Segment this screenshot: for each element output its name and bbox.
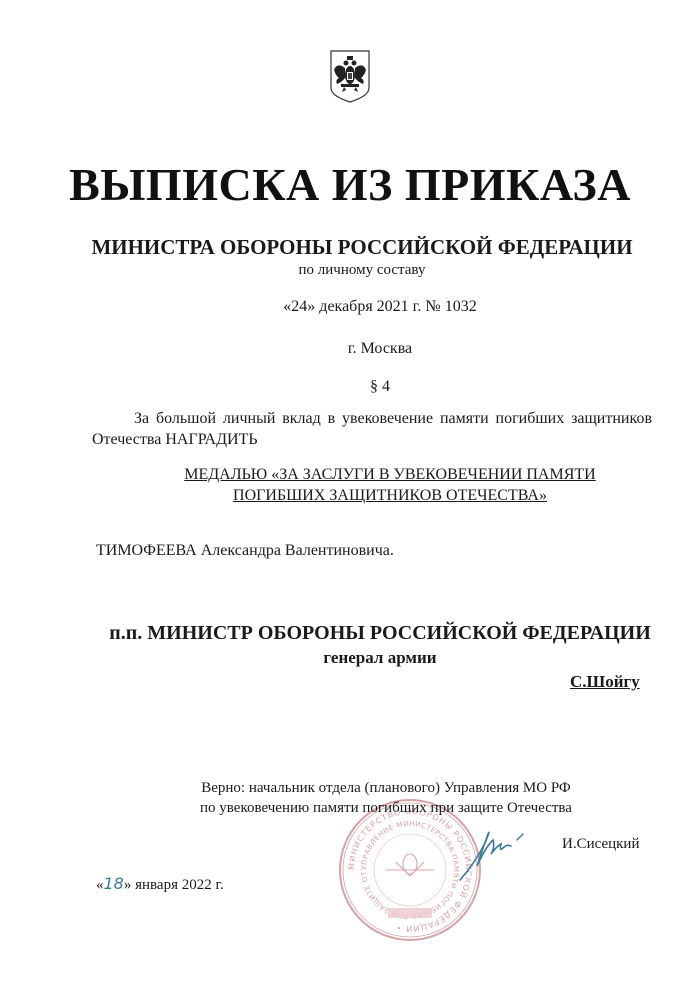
issue-date-prefix: « — [96, 877, 104, 893]
verified-by-block: Верно: начальник отдела (планового) Упра… — [36, 778, 700, 818]
coat-of-arms-icon — [327, 48, 373, 104]
ministry-heading: МИНИСТРА ОБОРОНЫ РОССИЙСКОЙ ФЕДЕРАЦИИ — [12, 235, 700, 260]
verifier-name: И.Сисецкий — [562, 836, 639, 853]
verified-line-2: по увековечению памяти погибших при защи… — [200, 800, 572, 816]
medal-name: МЕДАЛЬЮ «ЗА ЗАСЛУГИ В УВЕКОВЕЧЕНИИ ПАМЯТ… — [40, 464, 700, 506]
issue-day-handwritten: 18 — [104, 874, 124, 893]
paragraph-number: § 4 — [30, 378, 700, 396]
issue-date: «18» января 2022 г. — [96, 874, 224, 894]
verified-line-1: Верно: начальник отдела (планового) Упра… — [201, 780, 571, 796]
award-reason: За большой личный вклад в увековечение п… — [92, 408, 652, 450]
medal-name-line-2: ПОГИБШИХ ЗАЩИТНИКОВ ОТЕЧЕСТВА» — [233, 487, 547, 504]
signer-title: п.п. МИНИСТР ОБОРОНЫ РОССИЙСКОЙ ФЕДЕРАЦИ… — [30, 622, 700, 645]
signer-name: С.Шойгу — [570, 672, 640, 692]
order-city: г. Москва — [30, 340, 700, 358]
issue-date-suffix: » января 2022 г. — [124, 877, 224, 893]
document-title: ВЫПИСКА ИЗ ПРИКАЗА — [0, 158, 700, 211]
recipient-name: ТИМОФЕЕВА Александра Валентиновича. — [96, 542, 394, 560]
signer-rank: генерал армии — [30, 648, 700, 668]
order-date-number: «24» декабря 2021 г. № 1032 — [30, 298, 700, 316]
medal-name-line-1: МЕДАЛЬЮ «ЗА ЗАСЛУГИ В УВЕКОВЕЧЕНИИ ПАМЯТ… — [184, 466, 595, 483]
signature-icon — [455, 818, 530, 888]
order-type: по личному составу — [12, 262, 700, 279]
